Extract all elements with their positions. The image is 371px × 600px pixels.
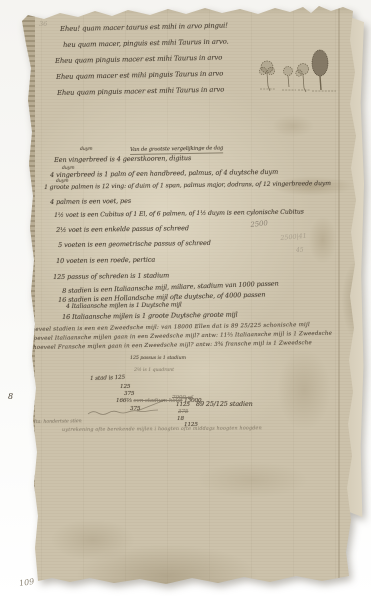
latin-line: heu quam macer, pinguis est mihi Taurus … [63,38,229,49]
note-line: 2½ is 1 quadrant [134,368,174,373]
pencil-mark: 2500|41 [280,232,307,242]
faint-line: Ita: hondertste stien [34,419,82,425]
question-line: hoeveel Fransche mijlen gaan in een Zwee… [33,340,312,351]
manuscript-sheet: 36 Eheu! quam macer taurus est mihi in a… [0,0,371,600]
measure-line: 5 voeten is een geometrische passus of s… [58,239,211,249]
margin-number: 8 [8,392,13,401]
measure-line: 2½ voet is een enkelde passus of schreed [56,224,189,234]
measure-line: 1½ voet is een Cubitus of 1 El, of 6 pal… [54,209,304,219]
gutter-edge [20,10,35,585]
latin-line: Eheu! quam macer taurus est mihi in arvo… [60,21,228,33]
manuscript-page: 36 Eheu! quam macer taurus est mihi in a… [0,0,371,600]
measure-line: 16 Italiaansche mijlen is 1 groote Duyts… [62,311,238,321]
measure-line: 4 palmen is een voet, pes [50,197,131,206]
latin-line: Eheu quam pinguis macer est mihi Taurus … [57,85,224,96]
section-heading: Van de grootste vergelijkinge de dag [130,145,223,154]
note-line: 125 passus is 1 stadium [130,356,186,361]
pencil-mark: 2500 [250,219,268,229]
measure-line: 4 Italiaansche mijlen is 1 Duytsche mijl [66,301,182,310]
latin-line: Eheu quam macer est mihi pinguis Taurus … [56,69,223,80]
manuscript-photo: 36 Eheu! quam macer taurus est mihi in a… [0,0,371,600]
measure-line: 10 voeten is een roede, pertica [56,256,155,265]
pencil-mark: 45 [296,247,303,254]
faint-line: uytrekening ofte berekende mijlen i hoog… [62,426,262,433]
calc-label: 1 stad is 125 [90,375,125,382]
trees-ink-sketch-icon [258,46,346,98]
latin-line: Eheu quam pinguis macer est mihi Taurus … [55,53,222,64]
annotation-duym: duym [80,147,93,152]
measure-line: Een vingerbreed is 4 geerstkooren, digit… [54,154,191,164]
measure-line: 4 vingerbreed is 1 palm of een handbreed… [50,168,278,179]
measure-line: 1 groote palmen is 12 ving: of duim of 1… [44,180,331,191]
measure-line: 125 passus of schreden is 1 stadium [53,271,169,281]
folio-number: 36 [39,20,47,28]
